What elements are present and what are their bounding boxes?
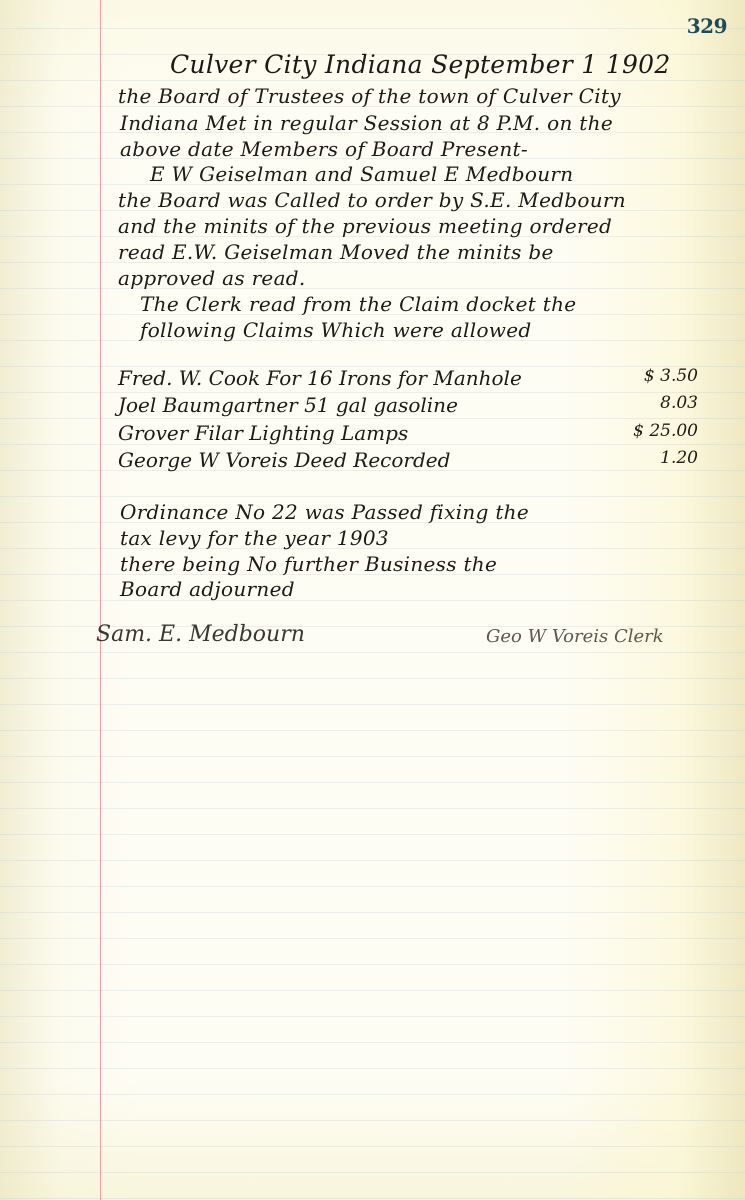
minutes-line-members: E W Geiselman and Samuel E Medbourn <box>150 162 573 186</box>
claim-row: George W Voreis Deed Recorded 1.20 <box>118 448 718 476</box>
minutes-line: following Claims Which were allowed <box>140 318 531 342</box>
claim-amount: 1.20 <box>660 448 698 468</box>
minutes-line: and the minits of the previous meeting o… <box>118 214 612 238</box>
claim-row: Grover Filar Lighting Lamps $ 25.00 <box>118 421 718 449</box>
minutes-line: read E.W. Geiselman Moved the minits be <box>118 240 554 264</box>
ledger-page: 329 Culver City Indiana September 1 1902… <box>0 0 745 1200</box>
claim-description: Grover Filar Lighting Lamps <box>118 421 408 445</box>
minutes-line: approved as read. <box>118 266 306 290</box>
claim-row: Joel Baumgartner 51 gal gasoline 8.03 <box>118 393 718 421</box>
claim-description: George W Voreis Deed Recorded <box>118 448 450 472</box>
page-number: 329 <box>687 14 727 38</box>
claim-description: Fred. W. Cook For 16 Irons for Manhole <box>118 366 522 390</box>
minutes-line: above date Members of Board Present- <box>120 137 528 161</box>
minutes-line: the Board of Trustees of the town of Cul… <box>118 84 621 108</box>
claim-row: Fred. W. Cook For 16 Irons for Manhole $… <box>118 366 718 394</box>
clerk-signature: Geo W Voreis Clerk <box>486 626 664 647</box>
closing-line: there being No further Business the <box>120 552 497 576</box>
closing-line: Ordinance No 22 was Passed fixing the <box>120 500 529 524</box>
closing-line: tax levy for the year 1903 <box>120 526 389 550</box>
claim-amount: $ 3.50 <box>644 366 698 386</box>
minutes-line: The Clerk read from the Claim docket the <box>140 292 576 316</box>
minutes-line: the Board was Called to order by S.E. Me… <box>118 188 626 212</box>
claim-amount: 8.03 <box>660 393 698 413</box>
minutes-heading: Culver City Indiana September 1 1902 <box>170 50 671 79</box>
closing-line: Board adjourned <box>120 577 295 601</box>
claim-amount: $ 25.00 <box>633 421 698 441</box>
president-signature: Sam. E. Medbourn <box>96 622 305 647</box>
claim-description: Joel Baumgartner 51 gal gasoline <box>118 393 458 417</box>
margin-line <box>100 0 101 1200</box>
minutes-line: Indiana Met in regular Session at 8 P.M.… <box>120 111 613 135</box>
